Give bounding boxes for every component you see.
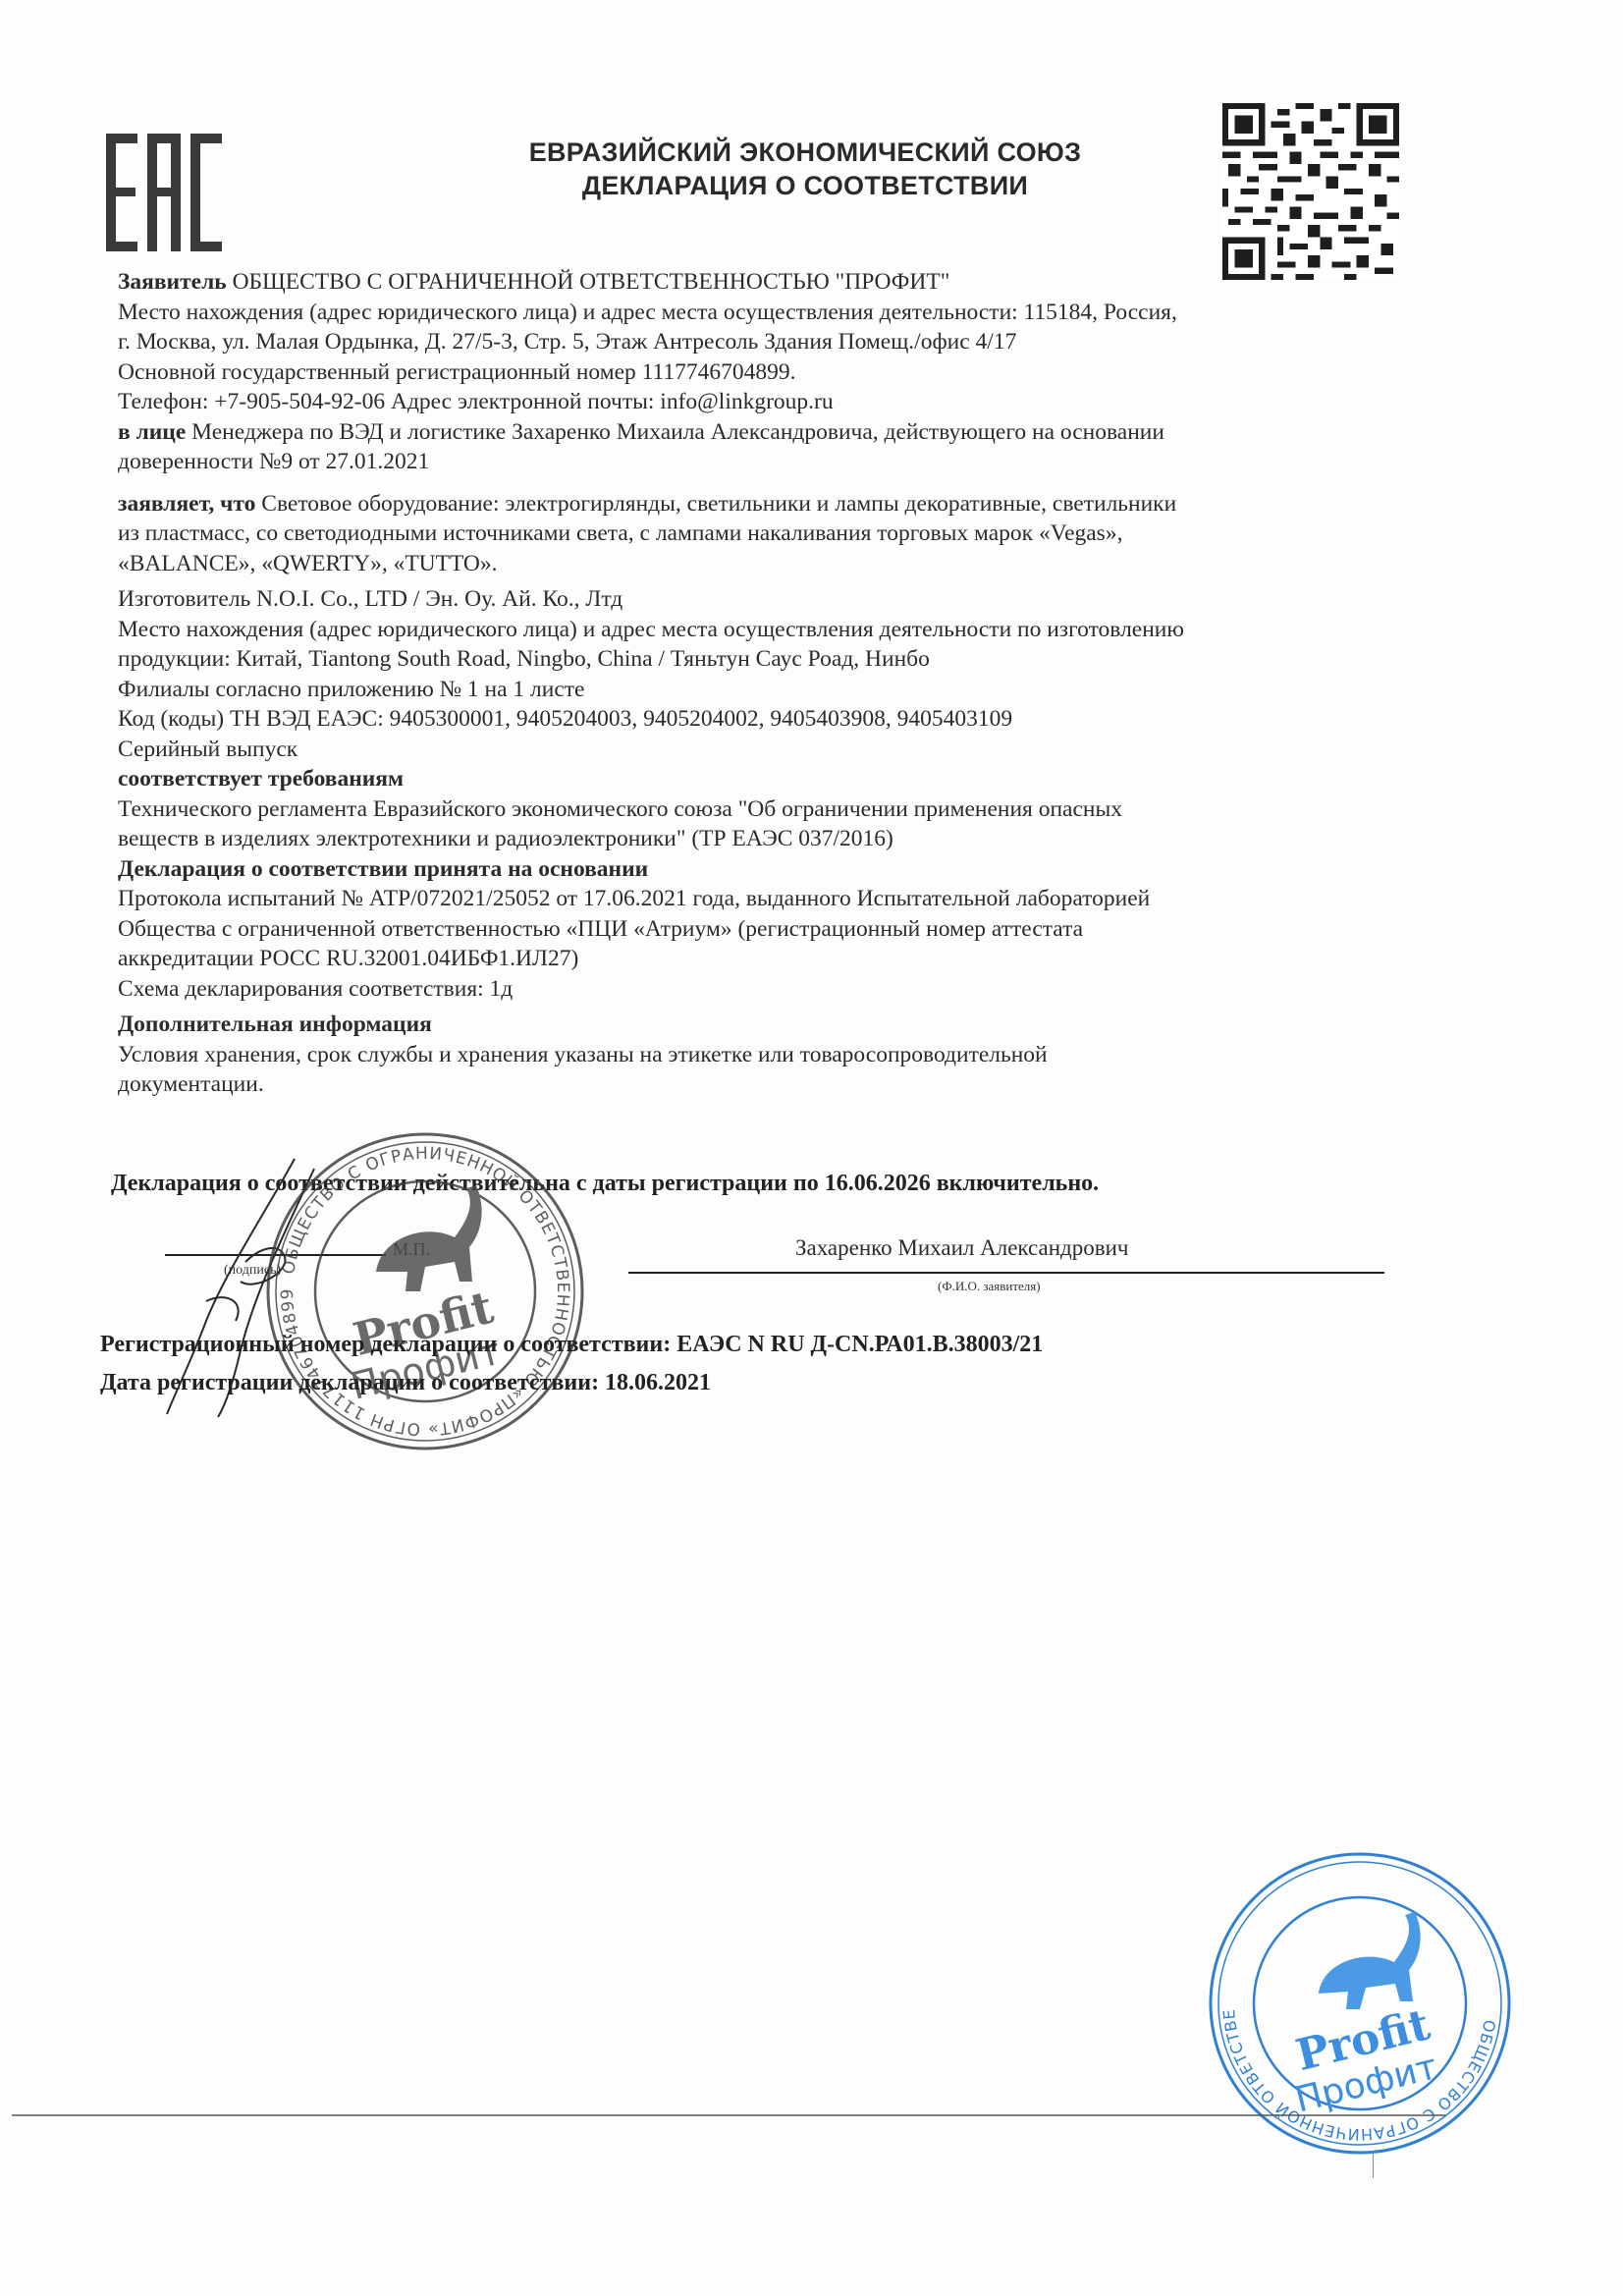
scan-mark <box>1373 2151 1374 2178</box>
qr-code-icon[interactable] <box>1222 103 1399 280</box>
applicant-representative-line-2: доверенности №9 от 27.01.2021 <box>118 447 1394 477</box>
document-header: ЕВРАЗИЙСКИЙ ЭКОНОМИЧЕСКИЙ СОЮЗ ДЕКЛАРАЦИ… <box>373 136 1237 202</box>
basis-line-2: Общества с ограниченной ответственностью… <box>118 914 1394 945</box>
header-title-declaration: ДЕКЛАРАЦИЯ О СООТВЕТСТВИИ <box>373 169 1237 202</box>
applicant-contacts: Телефон: +7-905-504-92-06 Адрес электрон… <box>118 387 1394 417</box>
additional-info-heading: Дополнительная информация <box>118 1010 1394 1040</box>
additional-info-line-2: документации. <box>118 1069 1394 1100</box>
eac-logo-icon <box>106 134 224 251</box>
basis-heading: Декларация о соответствии принята на осн… <box>118 854 1394 885</box>
hs-codes: Код (коды) ТН ВЭД ЕАЭС: 9405300001, 9405… <box>118 704 1394 735</box>
declaration-scheme: Схема декларирования соответствия: 1д <box>118 974 1394 1005</box>
page-divider <box>12 2114 1445 2116</box>
additional-info-line-1: Условия хранения, срок службы и хранения… <box>118 1040 1394 1070</box>
registration-date: Дата регистрации декларации о соответств… <box>100 1370 711 1396</box>
basis-line-3: аккредитации РОСС RU.32001.04ИБФ1.ИЛ27) <box>118 944 1394 974</box>
company-seal-icon: ОБЩЕСТВО С ОГРАНИЧЕННОЙ ОТВЕТСТВЕННОСТЬЮ… <box>258 1124 592 1458</box>
applicant-ogrn: Основной государственный регистрационный… <box>118 357 1394 388</box>
declares-line-2: из пластмасс, со светодиодными источника… <box>118 519 1394 549</box>
basis-line-1: Протокола испытаний № АТР/072021/25052 о… <box>118 884 1394 914</box>
manufacturer-name: Изготовитель N.O.I. Co., LTD / Эн. Оу. А… <box>118 584 1394 615</box>
release-type: Серийный выпуск <box>118 735 1394 765</box>
requirements-line-1: Технического регламента Евразийского эко… <box>118 794 1394 825</box>
requirements-line-2: веществ в изделиях электротехники и ради… <box>118 824 1394 854</box>
declares-line-3: «BALANCE», «QWERTY», «TUTTO». <box>118 549 1394 579</box>
header-title-union: ЕВРАЗИЙСКИЙ ЭКОНОМИЧЕСКИЙ СОЮЗ <box>373 136 1237 169</box>
full-name-line <box>628 1272 1384 1274</box>
declaration-page: ЕВРАЗИЙСКИЙ ЭКОНОМИЧЕСКИЙ СОЮЗ ДЕКЛАРАЦИ… <box>0 0 1623 2296</box>
manufacturer-address-line-2: продукции: Китай, Tiantong South Road, N… <box>118 644 1394 675</box>
company-seal-blue-icon: ОБЩЕСТВО С ОГРАНИЧЕННОЙ ОТВЕТСТВЕННОСТЬЮ… <box>1203 1846 1517 2160</box>
manufacturer-branches: Филиалы согласно приложению № 1 на 1 лис… <box>118 675 1394 705</box>
manufacturer-address-line-1: Место нахождения (адрес юридического лиц… <box>118 615 1394 645</box>
declaration-body: Заявитель ОБЩЕСТВО С ОГРАНИЧЕННОЙ ОТВЕТС… <box>118 267 1394 1100</box>
applicant-address-line-2: г. Москва, ул. Малая Ордынка, Д. 27/5-3,… <box>118 327 1394 357</box>
applicant-full-name: Захаренко Михаил Александрович <box>795 1235 1128 1261</box>
full-name-label: (Ф.И.О. заявителя) <box>938 1279 1041 1294</box>
applicant-address-line-1: Место нахождения (адрес юридического лиц… <box>118 298 1394 328</box>
declares-line-1: заявляет, что Световое оборудование: эле… <box>118 489 1394 519</box>
applicant-line: Заявитель ОБЩЕСТВО С ОГРАНИЧЕННОЙ ОТВЕТС… <box>118 267 1394 298</box>
requirements-heading: соответствует требованиям <box>118 764 1394 794</box>
applicant-representative: в лице Менеджера по ВЭД и логистике Заха… <box>118 417 1394 448</box>
registration-number: Регистрационный номер декларации о соотв… <box>100 1332 1043 1358</box>
